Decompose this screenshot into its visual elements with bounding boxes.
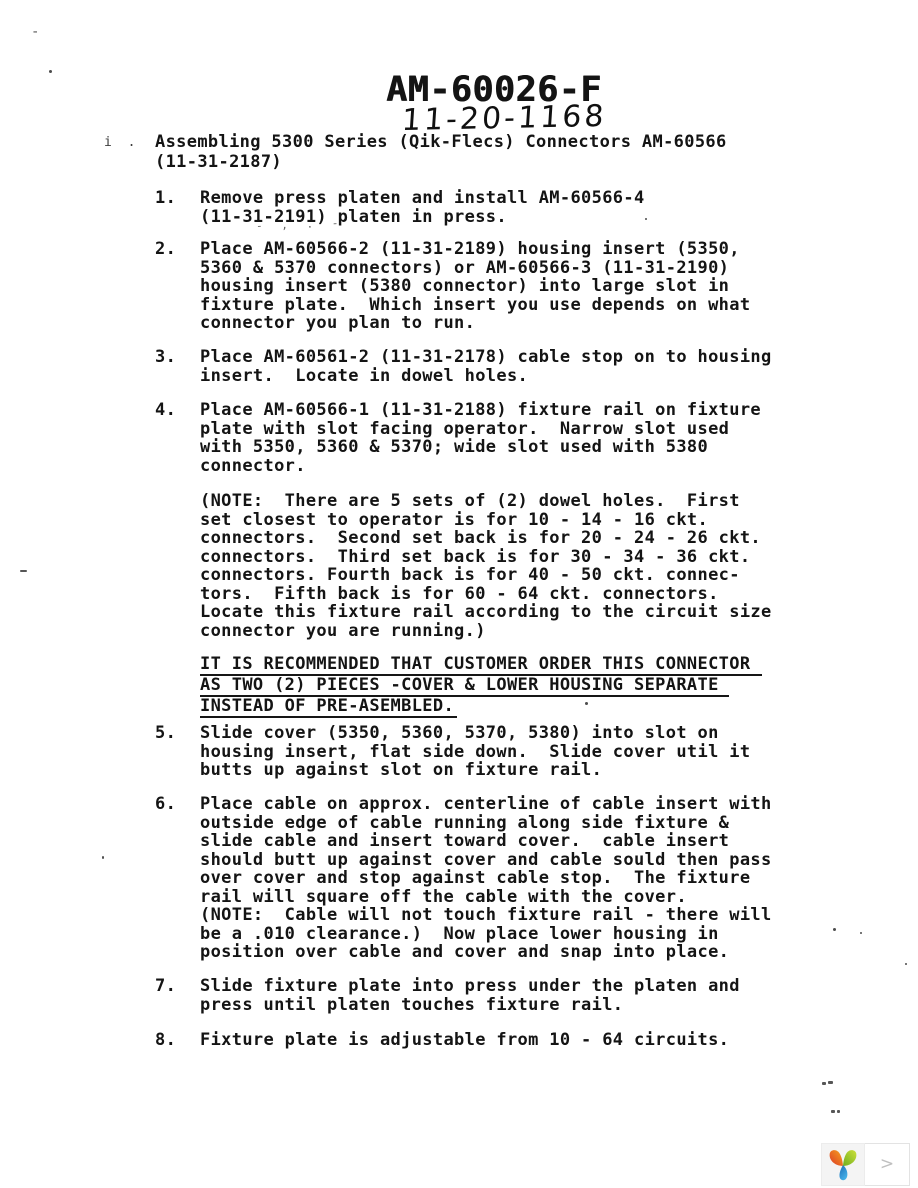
scan-speck xyxy=(831,1110,835,1113)
step-4-text: Place AM-60566-1 (11-31-2188) fixture ra… xyxy=(200,401,761,475)
step-3-text: Place AM-60561-2 (11-31-2178) cable stop… xyxy=(200,348,772,385)
scan-speck xyxy=(20,570,27,572)
scan-speck xyxy=(860,932,862,934)
scan-speck xyxy=(837,1110,840,1113)
step-6-number: 6. xyxy=(155,795,200,962)
viewer-navigation: > xyxy=(821,1143,910,1186)
dowel-holes-note: (NOTE: There are 5 sets of (2) dowel hol… xyxy=(200,492,772,640)
step-1-text: Remove press platen and install AM-60566… xyxy=(200,189,645,226)
step-8-text: Fixture plate is adjustable from 10 - 64… xyxy=(200,1031,729,1050)
document-title-line2: (11-31-2187) xyxy=(155,153,727,173)
dowel-holes-note-text: (NOTE: There are 5 sets of (2) dowel hol… xyxy=(200,492,772,640)
step-7: 7. Slide fixture plate into press under … xyxy=(155,977,740,1014)
scan-speck xyxy=(49,70,52,73)
step-4: 4. Place AM-60566-1 (11-31-2188) fixture… xyxy=(155,401,761,475)
next-page-button[interactable]: > xyxy=(865,1143,910,1186)
brand-pinwheel-logo-icon xyxy=(827,1147,859,1182)
step-1: 1. Remove press platen and install AM-60… xyxy=(155,189,645,226)
step-2: 2. Place AM-60566-2 (11-31-2189) housing… xyxy=(155,240,750,333)
viewer-logo-button[interactable] xyxy=(821,1143,865,1186)
step-1-number: 1. xyxy=(155,189,200,226)
scan-corner-mark: - xyxy=(31,24,39,40)
scan-margin-mark: i . xyxy=(104,135,139,150)
recommendation-line2: AS TWO (2) PIECES -COVER & LOWER HOUSING… xyxy=(200,677,729,697)
scan-speck xyxy=(645,218,647,220)
scan-speck xyxy=(833,928,836,931)
step-3-number: 3. xyxy=(155,348,200,385)
chevron-right-icon: > xyxy=(880,1156,894,1173)
step-5-text: Slide cover (5350, 5360, 5370, 5380) int… xyxy=(200,724,750,780)
step-6: 6. Place cable on approx. centerline of … xyxy=(155,795,772,962)
step-5: 5. Slide cover (5350, 5360, 5370, 5380) … xyxy=(155,724,750,780)
scanned-document-page: AM-60026-F 11-20-1168 Assembling 5300 Se… xyxy=(0,0,918,1188)
document-title-line1: Assembling 5300 Series (Qik-Flecs) Conne… xyxy=(155,133,727,153)
step-7-number: 7. xyxy=(155,977,200,1014)
scan-speck xyxy=(822,1082,826,1085)
step-2-text: Place AM-60566-2 (11-31-2189) housing in… xyxy=(200,240,750,333)
step-8: 8. Fixture plate is adjustable from 10 -… xyxy=(155,1031,729,1050)
recommendation-line1: IT IS RECOMMENDED THAT CUSTOMER ORDER TH… xyxy=(200,656,762,676)
step-5-number: 5. xyxy=(155,724,200,780)
document-title: Assembling 5300 Series (Qik-Flecs) Conne… xyxy=(155,133,727,172)
scan-speck xyxy=(905,963,907,965)
step-2-number: 2. xyxy=(155,240,200,333)
recommendation-block: IT IS RECOMMENDED THAT CUSTOMER ORDER TH… xyxy=(200,654,762,717)
step-7-text: Slide fixture plate into press under the… xyxy=(200,977,740,1014)
step-4-number: 4. xyxy=(155,401,200,475)
step-8-number: 8. xyxy=(155,1031,200,1050)
scan-speck xyxy=(585,702,588,705)
step-6-text: Place cable on approx. centerline of cab… xyxy=(200,795,772,962)
scan-speck xyxy=(102,856,104,859)
recommendation-line3: INSTEAD OF PRE-ASEMBLED. xyxy=(200,698,457,718)
scan-speck xyxy=(828,1081,833,1084)
step-3: 3. Place AM-60561-2 (11-31-2178) cable s… xyxy=(155,348,772,385)
